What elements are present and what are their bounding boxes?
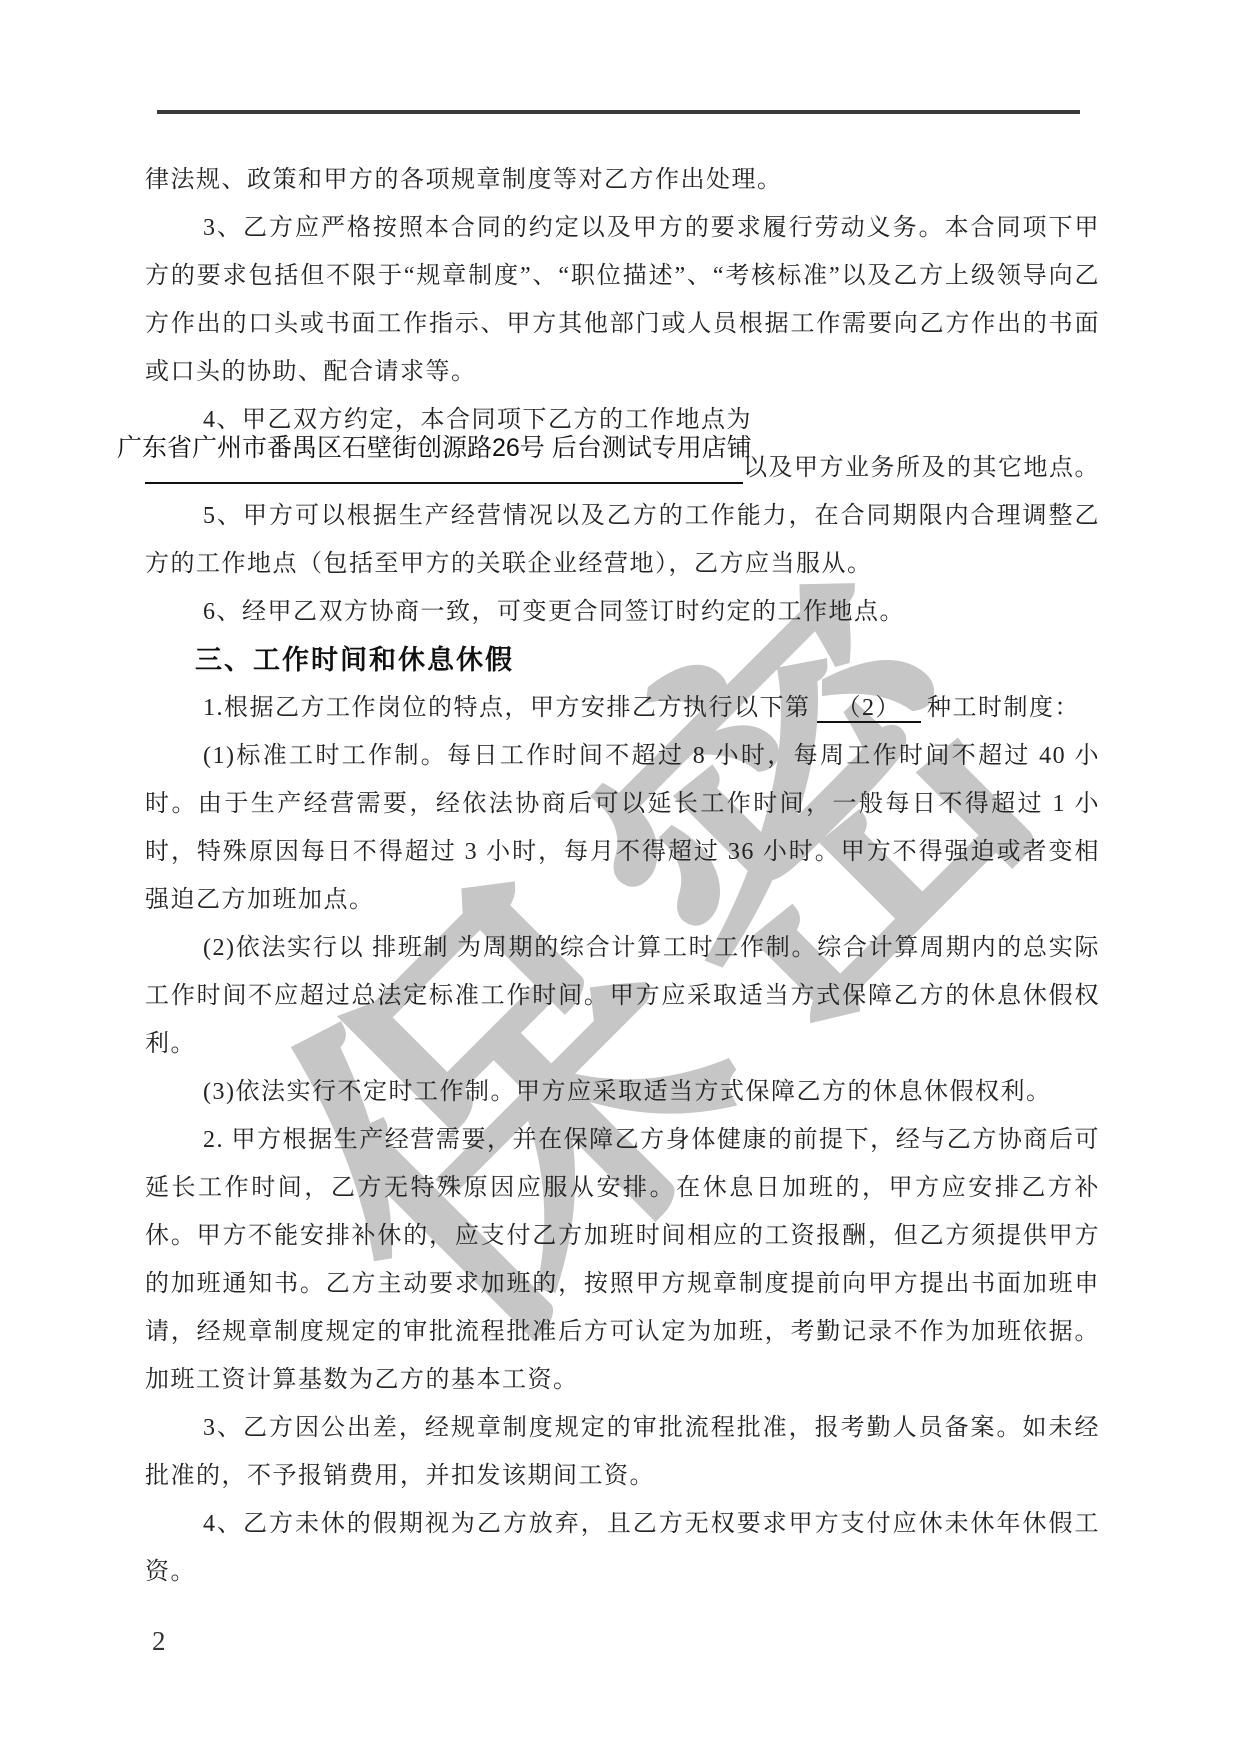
- header-rule: [157, 110, 1080, 114]
- item-1-sub-1-paragraph: (1)标准工时工作制。每日工作时间不超过 8 小时，每周工作时间不超过 40 小…: [145, 732, 1100, 924]
- item-1-prefix: 1.根据乙方工作岗位的特点，甲方安排乙方执行以下第: [203, 695, 811, 721]
- clause-4-suffix: 以及甲方业务所及的其它地点。: [743, 444, 1100, 492]
- work-hours-system-blank: （2）: [817, 695, 922, 723]
- item-4-paragraph: 4、乙方未休的假期视为乙方放弃，且乙方无权要求甲方支付应休未休年休假工资。: [145, 1500, 1100, 1596]
- page-number: 2: [152, 1626, 166, 1657]
- work-location-blank: 广东省广州市番禺区石壁街创源路26号 后台测试专用店铺: [145, 452, 743, 484]
- item-1-sub-2-paragraph: (2)依法实行以 排班制 为周期的综合计算工时工作制。综合计算周期内的总实际工作…: [145, 924, 1100, 1068]
- item-2-paragraph: 2. 甲方根据生产经营需要，并在保障乙方身体健康的前提下，经与乙方协商后可延长工…: [145, 1116, 1100, 1404]
- continuation-paragraph: 律法规、政策和甲方的各项规章制度等对乙方作出处理。: [145, 156, 1100, 204]
- item-3-paragraph: 3、乙方因公出差，经规章制度规定的审批流程批准，报考勤人员备案。如未经批准的，不…: [145, 1404, 1100, 1500]
- work-location-value: 广东省广州市番禺区石壁街创源路26号 后台测试专用店铺: [117, 434, 752, 462]
- clause-3-paragraph: 3、乙方应严格按照本合同的约定以及甲方的要求履行劳动义务。本合同项下甲方的要求包…: [145, 204, 1100, 396]
- work-location-line: 广东省广州市番禺区石壁街创源路26号 后台测试专用店铺 以及甲方业务所及的其它地…: [145, 444, 1100, 492]
- contract-body: 律法规、政策和甲方的各项规章制度等对乙方作出处理。 3、乙方应严格按照本合同的约…: [145, 156, 1100, 1596]
- contract-page: 保密 律法规、政策和甲方的各项规章制度等对乙方作出处理。 3、乙方应严格按照本合…: [0, 0, 1240, 1753]
- work-hours-item-1: 1.根据乙方工作岗位的特点，甲方安排乙方执行以下第（2）种工时制度：: [145, 684, 1100, 732]
- section-3-heading: 三、工作时间和休息休假: [145, 636, 1100, 684]
- clause-6-paragraph: 6、经甲乙双方协商一致，可变更合同签订时约定的工作地点。: [145, 588, 1100, 636]
- item-1-sub-3-paragraph: (3)依法实行不定时工作制。甲方应采取适当方式保障乙方的休息休假权利。: [145, 1068, 1100, 1116]
- clause-5-paragraph: 5、甲方可以根据生产经营情况以及乙方的工作能力，在合同期限内合理调整乙方的工作地…: [145, 492, 1100, 588]
- item-1-suffix: 种工时制度：: [927, 695, 1080, 721]
